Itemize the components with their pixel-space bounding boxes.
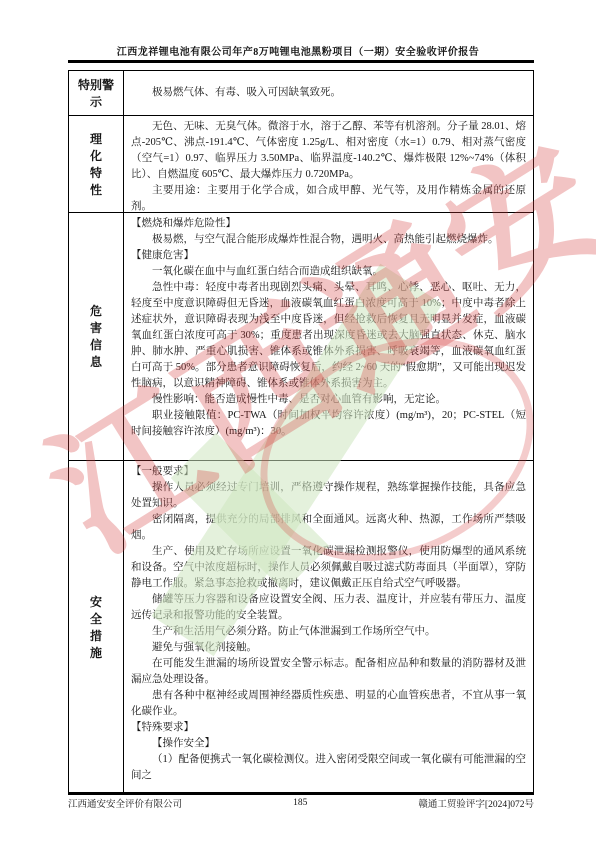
paragraph: 生产、使用及贮存场所应设置一氧化碳泄漏检测报警仪，使用防爆型的通风系统和设备。空… [131,544,526,592]
row-label-line: 安 [90,594,102,610]
paragraph: 急性中毒：轻度中毒者出现剧烈头痛、头晕、耳鸣、心悸、恶心、呕吐、无力，轻度至中度… [131,280,526,392]
footer: 江西通安安全评价有限公司 185 赣通工贸验评字[2024]072号 [68,796,534,810]
row-label-line: 措 [90,628,102,644]
paragraph: 在可能发生泄漏的场所设置安全警示标志。配备相应品种和数量的消防器材及泄漏应急处理… [131,656,526,688]
row-content-safety-measures: 【一般要求】操作人员必须经过专门培训，严格遵守操作规程，熟练掌握操作技能，具备应… [124,461,533,794]
paragraph: 【一般要求】 [131,464,526,480]
row-label-line: 施 [90,645,102,661]
paragraph: 无色、无味、无臭气体。微溶于水，溶于乙醇、苯等有机溶剂。分子量 28.01、熔点… [131,119,526,183]
row-label-line: 特别警 [78,77,114,93]
paragraph: 【特殊要求】 [131,720,526,736]
row-label-line: 示 [90,94,102,110]
row-content-physicochemical-properties: 无色、无味、无臭气体。微溶于水，溶于乙醇、苯等有机溶剂。分子量 28.01、熔点… [124,116,533,212]
paragraph: 避免与强氧化剂接触。 [131,640,526,656]
footer-company: 江西通安安全评价有限公司 [68,796,182,810]
row-label-special-warning: 特别警示 [69,71,124,115]
row-label-line: 特 [90,165,102,181]
paragraph: 【燃烧和爆炸危险性】 [131,216,526,232]
row-label-line: 全 [90,611,102,627]
row-label-line: 息 [90,354,102,370]
paragraph: 职业接触限值：PC-TWA（时间加权平均容许浓度）(mg/m³)，20；PC-S… [131,408,526,440]
footer-doc-number: 赣通工贸验评字[2024]072号 [418,796,534,810]
row-label-line: 危 [90,303,102,319]
row-content-special-warning: 极易燃气体、有毒、吸入可因缺氧致死。 [124,71,533,115]
row-label-line: 害 [90,320,102,336]
row-label-line: 化 [90,148,102,164]
table-row-special-warning: 特别警示极易燃气体、有毒、吸入可因缺氧致死。 [69,71,533,116]
header-rule [68,60,534,63]
row-label-safety-measures: 安全措施 [69,461,124,794]
paragraph: 储罐等压力容器和设备应设置安全阀、压力表、温度计，并应装有带压力、温度远传记录和… [131,592,526,624]
paragraph: 【健康危害】 [131,248,526,264]
footer-page-number: 185 [293,798,307,808]
paragraph: 生产和生活用气必须分路。防止气体泄漏到工作场所空气中。 [131,624,526,640]
row-label-line: 信 [90,337,102,353]
paragraph: 密闭隔离，提供充分的局部排风和全面通风。远离火种、热源，工作场所严禁吸烟。 [131,512,526,544]
paragraph: 操作人员必须经过专门培训，严格遵守操作规程，熟练掌握操作技能，具备应急处置知识。 [131,480,526,512]
paragraph: 主要用途：主要用于化学合成，如合成甲醇、光气等，及用作精炼金属的还原剂。 [131,183,526,212]
paragraph: 慢性影响：能否造成慢性中毒、是否对心血管有影响，无定论。 [131,392,526,408]
paragraph: 患有各种中枢神经或周围神经器质性疾患、明显的心血管疾患者，不宜从事一氧化碳作业。 [131,688,526,720]
row-label-line: 理 [90,131,102,147]
footer-rule [68,792,534,794]
doc-table: 特别警示极易燃气体、有毒、吸入可因缺氧致死。理化特性无色、无味、无臭气体。微溶于… [68,70,534,795]
paragraph: 极易燃，与空气混合能形成爆炸性混合物，遇明火、高热能引起燃烧爆炸。 [131,232,526,248]
row-label-physicochemical-properties: 理化特性 [69,116,124,212]
table-row-safety-measures: 安全措施【一般要求】操作人员必须经过专门培训，严格遵守操作规程，熟练掌握操作技能… [69,461,533,794]
paragraph: （1）配备便携式一氧化碳检测仪。进入密闭受限空间或一氧化碳有可能泄漏的空间之 [131,752,526,784]
row-content-hazard-information: 【燃烧和爆炸危险性】极易燃，与空气混合能形成爆炸性混合物，遇明火、高热能引起燃烧… [124,213,533,460]
row-label-line: 性 [90,182,102,198]
document-page: { "header": { "title": "江西龙祥锂电池有限公司年产8万吨… [0,0,596,842]
paragraph: 【操作安全】 [131,736,526,752]
table-row-hazard-information: 危害信息【燃烧和爆炸危险性】极易燃，与空气混合能形成爆炸性混合物，遇明火、高热能… [69,213,533,461]
row-label-hazard-information: 危害信息 [69,213,124,460]
paragraph: 一氧化碳在血中与血红蛋白结合而造成组织缺氧。 [131,264,526,280]
paragraph: 极易燃气体、有毒、吸入可因缺氧致死。 [131,85,526,101]
page-title: 江西龙祥锂电池有限公司年产8万吨锂电池黑粉项目（一期）安全验收评价报告 [40,43,556,58]
table-row-physicochemical-properties: 理化特性无色、无味、无臭气体。微溶于水，溶于乙醇、苯等有机溶剂。分子量 28.0… [69,116,533,213]
